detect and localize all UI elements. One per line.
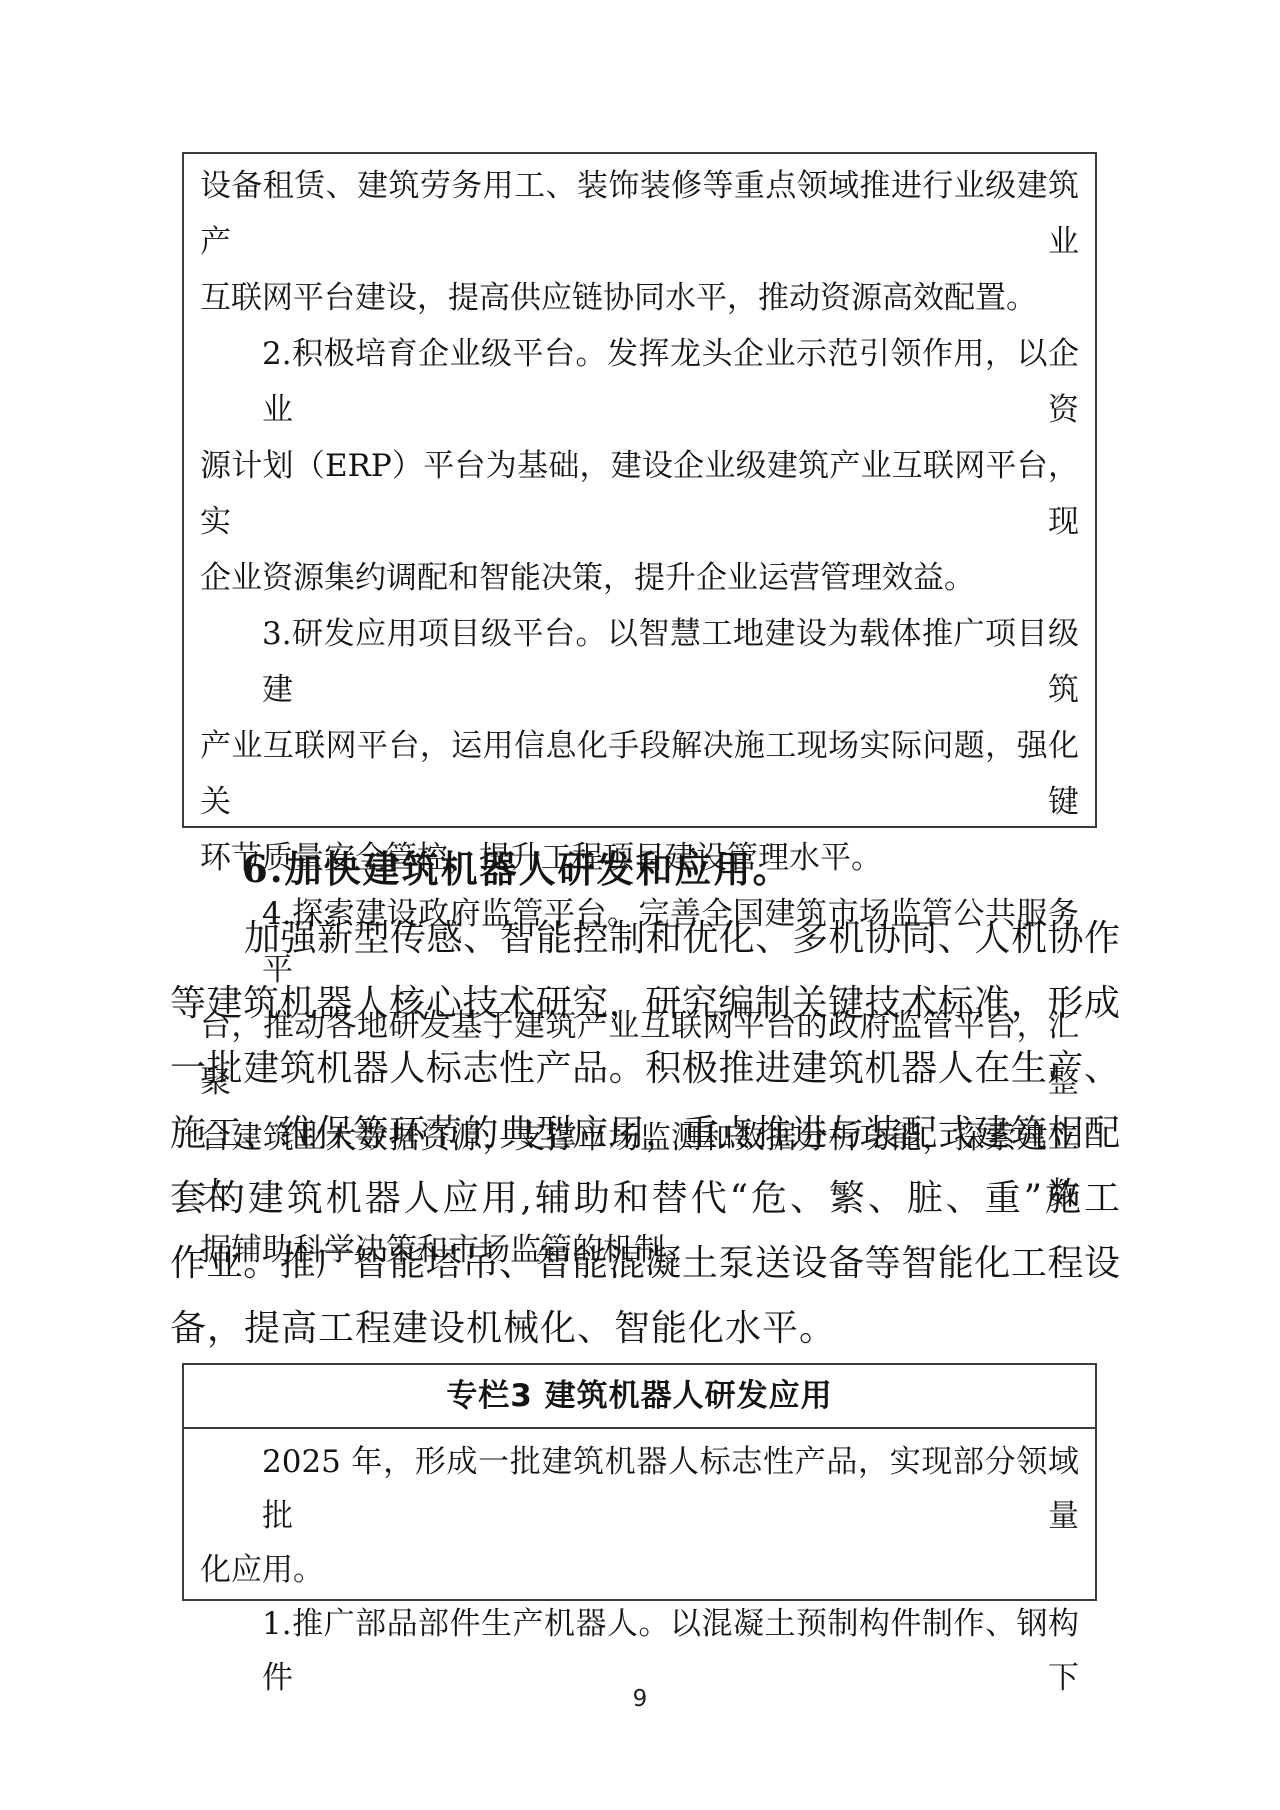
body-text-line: 作业。推广智能塔吊、智能混凝土泵送设备等智能化工程设: [170, 1231, 1120, 1296]
box-text-line: 产业互联网平台，运用信息化手段解决施工现场实际问题，强化关键: [200, 718, 1079, 830]
box-text-line: 2025 年，形成一批建筑机器人标志性产品，实现部分领域批量: [200, 1435, 1079, 1543]
body-text-line: 等建筑机器人核心技术研究，研究编制关键技术标准，形成: [170, 971, 1120, 1036]
box-text-line: 互联网平台建设，提高供应链协同水平，推动资源高效配置。: [200, 270, 1079, 326]
callout-box-robot-rd: 专栏3 建筑机器人研发应用 2025 年，形成一批建筑机器人标志性产品，实现部分…: [182, 1363, 1097, 1601]
callout-box-body: 2025 年，形成一批建筑机器人标志性产品，实现部分领域批量 化应用。 1.推广…: [184, 1429, 1095, 1705]
box-text-line: 企业资源集约调配和智能决策，提升企业运营管理效益。: [200, 550, 1079, 606]
body-text-line: 套的建筑机器人应用,辅助和替代“危、繁、脏、重”施工: [170, 1166, 1120, 1231]
body-text-line: 加强新型传感、智能控制和优化、多机协同、人机协作: [170, 906, 1120, 971]
body-text-line: 施工、维保等环节的典型应用，重点推进与装配式建筑相配: [170, 1101, 1120, 1166]
callout-box-industry-internet-platforms: 设备租赁、建筑劳务用工、装饰装修等重点领域推进行业级建筑产业 互联网平台建设，提…: [182, 152, 1097, 828]
document-page: 设备租赁、建筑劳务用工、装饰装修等重点领域推进行业级建筑产业 互联网平台建设，提…: [0, 0, 1280, 1810]
box-text-line: 源计划（ERP）平台为基础，建设企业级建筑产业互联网平台，实现: [200, 438, 1079, 550]
body-text-line: 备，提高工程建设机械化、智能化水平。: [170, 1296, 1120, 1361]
box-text-line: 化应用。: [200, 1543, 1079, 1597]
box-text-line: 2.积极培育企业级平台。发挥龙头企业示范引领作用，以企业资: [200, 326, 1079, 438]
body-paragraph: 加强新型传感、智能控制和优化、多机协同、人机协作 等建筑机器人核心技术研究，研究…: [170, 906, 1120, 1361]
callout-box-title: 专栏3 建筑机器人研发应用: [184, 1365, 1095, 1429]
body-text-line: 一批建筑机器人标志性产品。积极推进建筑机器人在生产、: [170, 1036, 1120, 1101]
section-heading: 6.加快建筑机器人研发和应用。: [170, 836, 1120, 902]
box-text-line: 设备租赁、建筑劳务用工、装饰装修等重点领域推进行业级建筑产业: [200, 158, 1079, 270]
page-number: 9: [0, 1686, 1280, 1712]
box-text-line: 3.研发应用项目级平台。以智慧工地建设为载体推广项目级建筑: [200, 606, 1079, 718]
